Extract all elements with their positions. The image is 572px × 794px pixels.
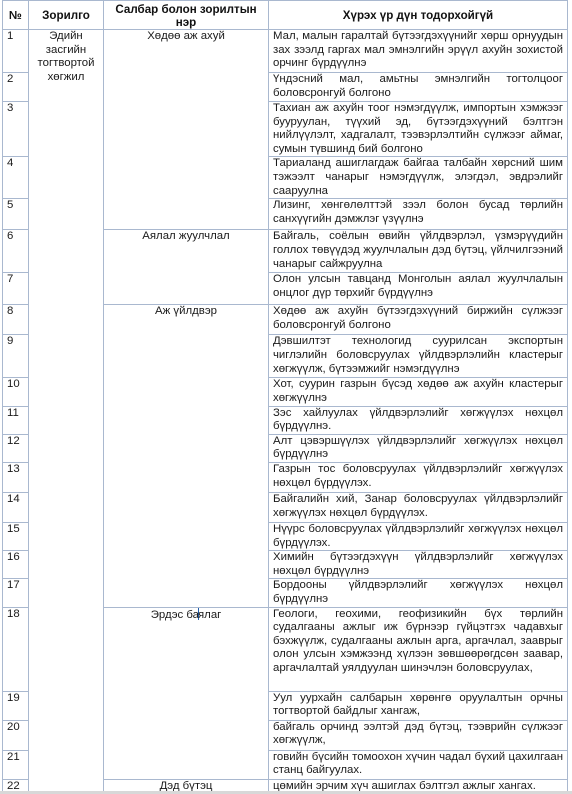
result-cell[interactable]: Алт цэвэршүүлэх үйлдвэрлэлийг хөгжүүлэх … xyxy=(269,434,568,462)
result-cell[interactable]: Үндэсний мал, амьтны эмнэлгийн тогтолцоо… xyxy=(269,73,568,102)
sector-text-after-cursor: ялаг xyxy=(198,609,221,621)
result-cell[interactable]: Тариаланд ашиглагдаж байгаа талбайн хөрс… xyxy=(269,157,568,199)
sector-cell[interactable]: Аж үйлдвэр xyxy=(104,305,269,607)
result-cell[interactable]: Бордооны үйлдвэрлэлийг хөгжүүлэх нөхцөл … xyxy=(269,579,568,607)
goals-table: № Зорилго Салбар болон зорилтын нэр Хүрэ… xyxy=(2,0,568,794)
header-result: Хүрэх үр дүн тодорхойгүй xyxy=(269,1,568,30)
header-sector: Салбар болон зорилтын нэр xyxy=(104,1,269,30)
result-cell[interactable]: говийн бүсийн томоохон хүчин чадал бүхий… xyxy=(269,750,568,779)
sector-text-before-cursor: Эрдэс ба xyxy=(151,609,199,621)
row-number[interactable]: 16 xyxy=(3,551,29,579)
result-cell[interactable]: Хот, суурин газрын бүсэд хөдөө аж ахуйн … xyxy=(269,378,568,406)
result-cell[interactable]: Нүүрс боловсруулах үйлдвэрлэлийг хөгжүүл… xyxy=(269,522,568,550)
result-cell[interactable]: Олон улсын тавцанд Монголын аялал жуулчл… xyxy=(269,273,568,305)
sector-cell[interactable]: Хөдөө аж ахуй xyxy=(104,30,269,230)
row-number[interactable]: 2 xyxy=(3,73,29,102)
row-number[interactable]: 19 xyxy=(3,691,29,720)
result-cell[interactable]: Уул уурхайн салбарын хөрөнгө оруулалтын … xyxy=(269,691,568,720)
row-number[interactable]: 9 xyxy=(3,335,29,378)
goal-cell[interactable]: Эдийн засгийн тогтвортой хөгжил xyxy=(29,30,104,794)
header-number: № xyxy=(3,1,29,30)
row-number[interactable]: 18 xyxy=(3,607,29,691)
row-number[interactable]: 15 xyxy=(3,522,29,550)
row-number[interactable]: 3 xyxy=(3,102,29,157)
row-number[interactable]: 1 xyxy=(3,30,29,73)
result-cell[interactable]: Тахиан аж ахуйн тоог нэмэгдүүлж, импорты… xyxy=(269,102,568,157)
row-number[interactable]: 21 xyxy=(3,750,29,779)
result-cell[interactable]: Геологи, геохими, геофизикийн бүх төрлий… xyxy=(269,607,568,691)
result-cell[interactable]: Хөдөө аж ахуйн бүтээгдэхүүний биржийн сү… xyxy=(269,305,568,335)
row-number[interactable]: 17 xyxy=(3,579,29,607)
result-cell[interactable]: Дэвшилтэт технологид суурилсан экспортын… xyxy=(269,335,568,378)
result-cell[interactable]: Лизинг, хөнгөлөлттэй зээл болон бусад тө… xyxy=(269,199,568,230)
result-cell[interactable]: Химийн бүтээгдэхүүн үйлдвэрлэлийг хөгжүү… xyxy=(269,551,568,579)
row-number[interactable]: 13 xyxy=(3,462,29,492)
row-number[interactable]: 4 xyxy=(3,157,29,199)
table-header-row: № Зорилго Салбар болон зорилтын нэр Хүрэ… xyxy=(3,1,568,30)
row-number[interactable]: 8 xyxy=(3,305,29,335)
row-number[interactable]: 11 xyxy=(3,406,29,434)
row-number[interactable]: 10 xyxy=(3,378,29,406)
table-body: 1 Эдийн засгийн тогтвортой хөгжил Хөдөө … xyxy=(3,30,568,794)
header-goal: Зорилго xyxy=(29,1,104,30)
result-cell[interactable]: Байгаль, соёлын өвийн үйлдвэрлэл, үзмэрү… xyxy=(269,230,568,273)
sector-cell-with-cursor[interactable]: Эрдэс баялаг xyxy=(104,607,269,779)
row-number[interactable]: 12 xyxy=(3,434,29,462)
row-number[interactable]: 14 xyxy=(3,492,29,522)
result-cell[interactable]: Газрын тос боловсруулах үйлдвэрлэлийг хө… xyxy=(269,462,568,492)
result-cell[interactable]: байгаль орчинд ээлтэй дэд бүтэц, тээврий… xyxy=(269,720,568,750)
row-number[interactable]: 20 xyxy=(3,720,29,750)
sector-cell[interactable]: Аялал жуулчлал xyxy=(104,230,269,305)
table-row: 1 Эдийн засгийн тогтвортой хөгжил Хөдөө … xyxy=(3,30,568,73)
result-cell[interactable]: Байгалийн хий, Занар боловсруулах үйлдвэ… xyxy=(269,492,568,522)
result-cell[interactable]: Мал, малын гаралтай бүтээгдэхүүнийг хөрш… xyxy=(269,30,568,73)
row-number[interactable]: 5 xyxy=(3,199,29,230)
result-cell[interactable]: Зэс хайлуулах үйлдвэрлэлийг хөгжүүлэх нө… xyxy=(269,406,568,434)
row-number[interactable]: 7 xyxy=(3,273,29,305)
row-number[interactable]: 6 xyxy=(3,230,29,273)
